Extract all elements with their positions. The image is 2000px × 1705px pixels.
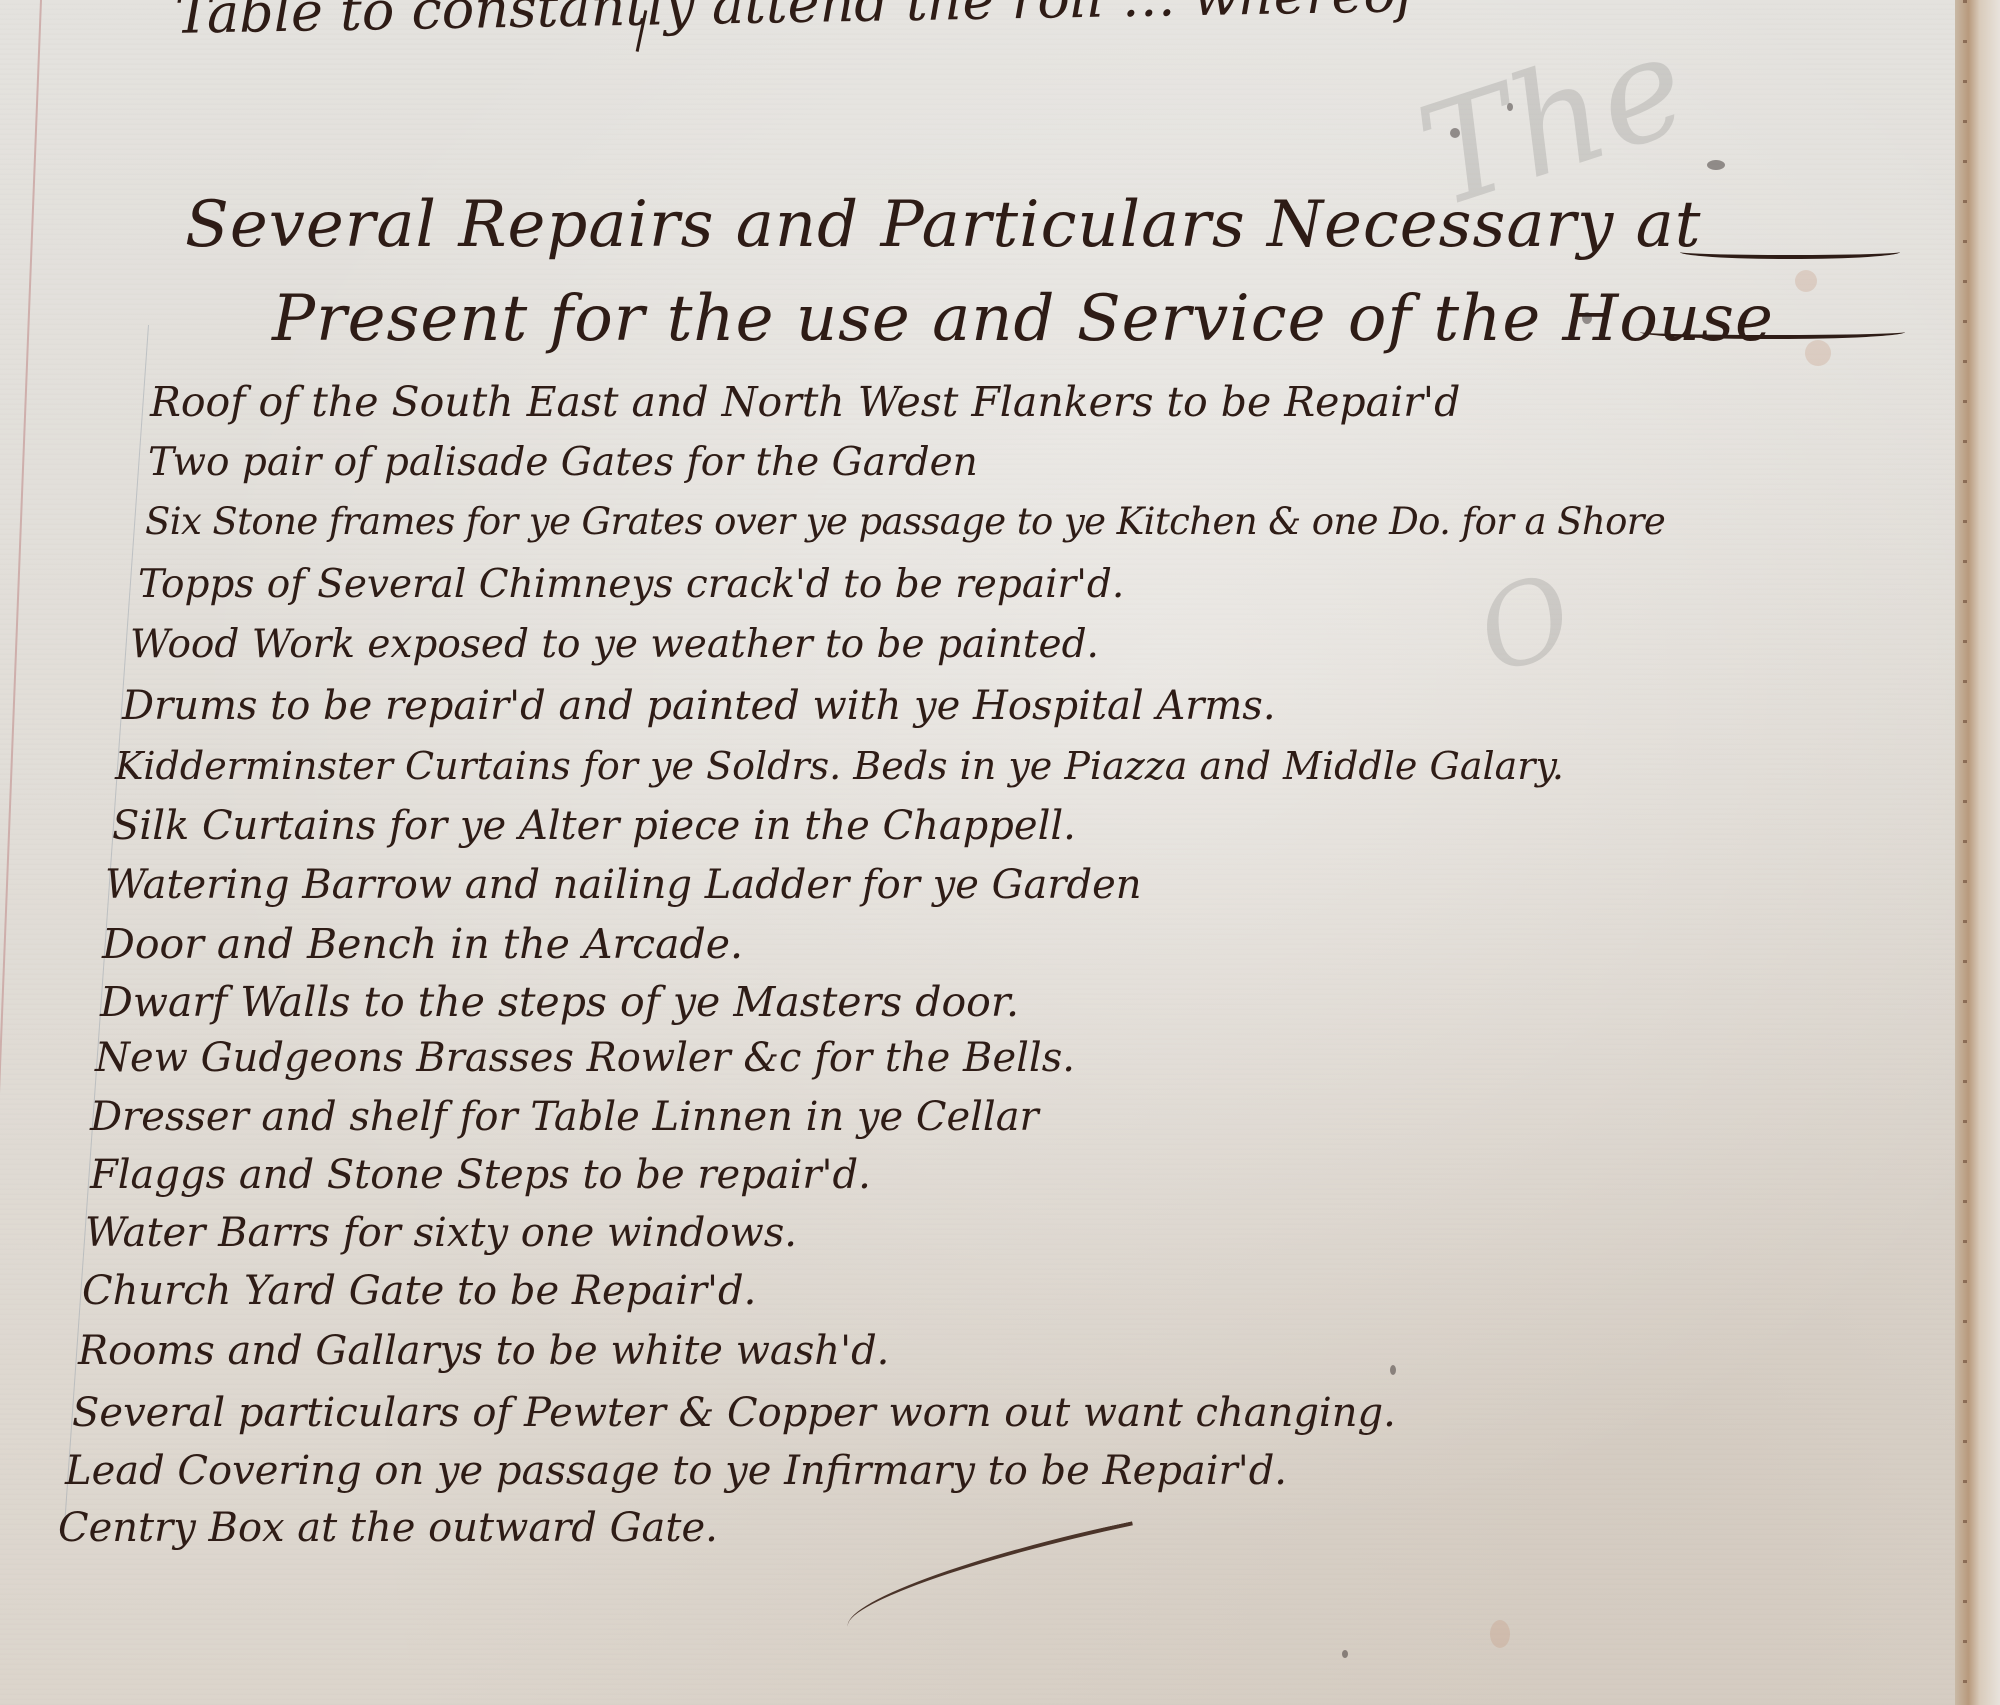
list-item: Water Barrs for sixty one windows.: [85, 1210, 797, 1256]
list-item: Watering Barrow and nailing Ladder for y…: [105, 862, 1142, 908]
list-item: Dresser and shelf for Table Linnen in ye…: [90, 1094, 1039, 1140]
closing-flourish: [839, 1521, 1142, 1626]
heading-flourish: [1680, 245, 1900, 259]
heading-line-1: Several Repairs and Particulars Necessar…: [185, 188, 1701, 262]
foxing-stain: [1795, 270, 1817, 292]
ink-blot: [1582, 312, 1592, 324]
ink-blot: [1707, 160, 1725, 170]
list-item: Door and Bench in the Arcade.: [102, 920, 743, 968]
manuscript-page: The O Table to constantly attend the rol…: [0, 0, 1955, 1705]
list-item: New Gudgeons Brasses Rowler &c for the B…: [95, 1035, 1075, 1081]
ink-blot: [1390, 1365, 1396, 1375]
ink-blot: [1342, 1650, 1348, 1658]
list-item: Six Stone frames for ye Grates over ye p…: [145, 500, 1665, 543]
list-item: Centry Box at the outward Gate.: [58, 1505, 718, 1551]
list-item: Roof of the South East and North West Fl…: [150, 378, 1460, 426]
foxing-stain: [1805, 340, 1831, 366]
list-item: Several particulars of Pewter & Copper w…: [72, 1390, 1396, 1436]
list-item: Flaggs and Stone Steps to be repair'd.: [90, 1152, 871, 1198]
heading-line-2: Present for the use and Service of the H…: [272, 282, 1774, 356]
list-item: Drums to be repair'd and painted with ye…: [122, 683, 1276, 729]
red-margin-rule: [0, 0, 42, 1705]
foxing-stain: [1490, 1620, 1510, 1648]
book-binding-edge: [1955, 0, 2000, 1705]
heading-flourish: [1640, 325, 1905, 339]
list-item: Silk Curtains for ye Alter piece in the …: [112, 803, 1076, 849]
list-item: Lead Covering on ye passage to ye Infirm…: [65, 1448, 1287, 1494]
list-item: Wood Work exposed to ye weather to be pa…: [130, 622, 1099, 667]
prior-text-line: Table to constantly attend the roll … wh…: [175, 0, 1417, 46]
ink-blot: [1450, 128, 1460, 138]
list-item: Topps of Several Chimneys crack'd to be …: [138, 562, 1124, 607]
list-item: Kidderminster Curtains for ye Soldrs. Be…: [115, 744, 1564, 788]
list-item: Dwarf Walls to the steps of ye Masters d…: [100, 978, 1019, 1026]
list-item: Two pair of palisade Gates for the Garde…: [148, 440, 978, 485]
list-item: Church Yard Gate to be Repair'd.: [82, 1268, 756, 1314]
ink-blot: [1507, 103, 1513, 111]
list-item: Rooms and Gallarys to be white wash'd.: [78, 1328, 889, 1374]
bleed-through-ink: O: [1462, 549, 1587, 699]
